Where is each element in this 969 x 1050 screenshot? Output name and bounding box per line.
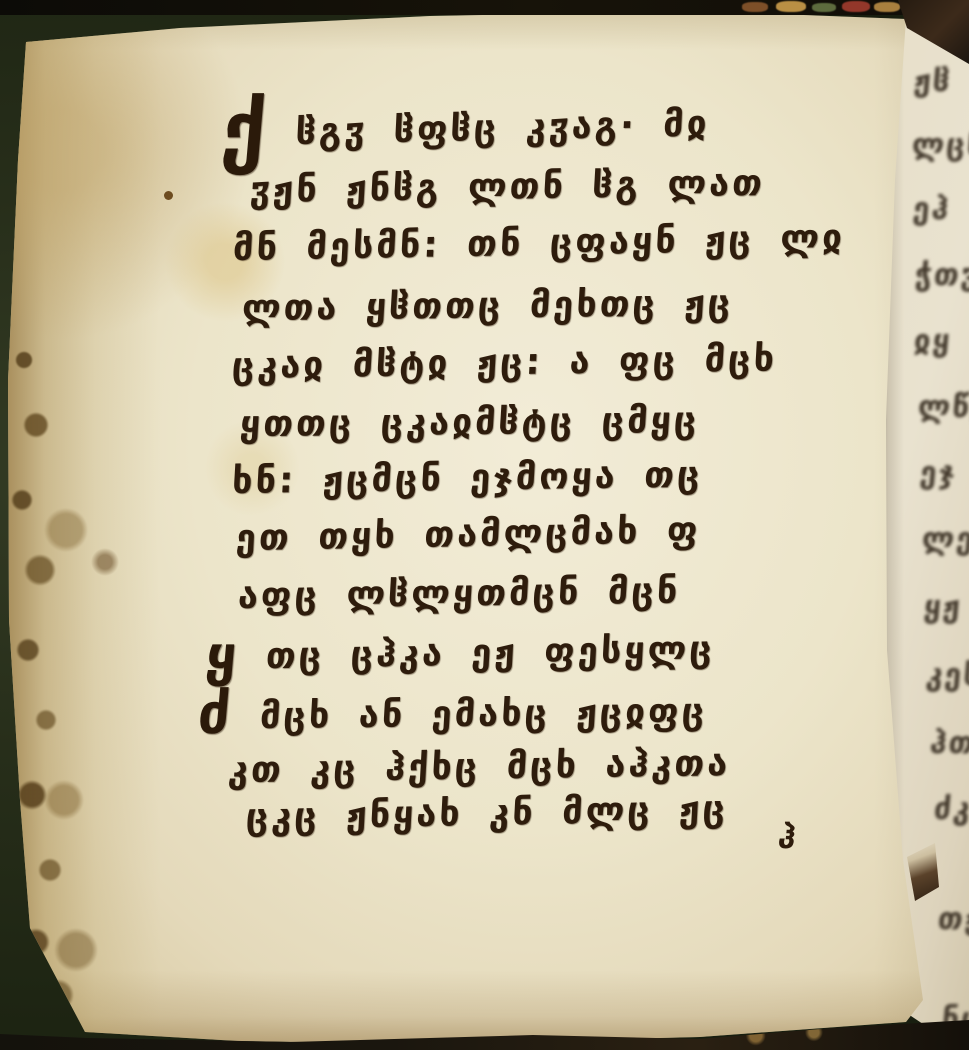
- adjacent-text-fragment: ჭთჳ: [913, 258, 969, 293]
- adjacent-text-fragment: ეჯ: [918, 456, 958, 491]
- adjacent-text-fragment: კეს: [924, 658, 969, 693]
- line-initial: ქ: [218, 86, 270, 176]
- manuscript-line: ხნ: ჟცმცნ ეჯმოყა თც: [231, 454, 704, 502]
- binding-fleck: [842, 1, 870, 12]
- edge-stain-speckles: [6, 330, 156, 1036]
- binding-fleck: [776, 1, 806, 12]
- adjacent-text-fragment: ყჟ: [922, 590, 963, 625]
- adjacent-text-fragment: თჟ: [936, 902, 969, 937]
- binding-fleck: [874, 2, 900, 12]
- binding-fleck: [742, 2, 768, 12]
- catchword-mark: ჰ: [776, 818, 798, 856]
- margin-dot: [164, 191, 173, 200]
- adjacent-text-fragment: ლცნ: [910, 128, 969, 163]
- adjacent-text-fragment: ჰთ: [928, 726, 969, 761]
- manuscript-line: აფც ლჱლყთმცნ მცნ: [237, 571, 682, 617]
- binding-fleck: [812, 3, 836, 12]
- adjacent-text-fragment: ჲყ: [912, 324, 953, 359]
- manuscript-line: ჳჟნ ჟნჱგ ლთნ ჱგ ლათ: [249, 163, 766, 211]
- manuscript-page: ქ ჱგჳ ჱფჱც კჳაგ· მჲ ჳჟნ ჟნჱგ ლთნ ჱგ ლათ …: [0, 0, 969, 1050]
- manuscript-photo: ჟჱ ლცნ ეჰ ჭთჳ ჲყ ლწე ეჯ ლეხ ყჟ კეს ჰთ ძკ…: [0, 0, 969, 1050]
- line-initial: ძ: [195, 682, 233, 747]
- manuscript-line: მნ მესმნ: თნ ცფაყნ ჟც ლჲ: [232, 217, 846, 269]
- adjacent-text-fragment: ეჰ: [911, 192, 951, 227]
- manuscript-line: ლთა ყჱთთც მეხთც ჟც: [241, 283, 735, 329]
- manuscript-line: ცკაჲ მჱტჲ ჟც: ა ფც მცხ: [231, 338, 778, 387]
- adjacent-text-fragment: ლეხ: [920, 522, 969, 557]
- adjacent-text-fragment: ჟჱ: [912, 64, 953, 99]
- manuscript-line: ყთთც ცკაჲმჱტც ცმყც: [239, 400, 701, 445]
- manuscript-line: მცხ ან ემახც ჟცჲფც: [259, 691, 709, 737]
- adjacent-text-fragment: ლწე: [916, 390, 969, 425]
- manuscript-line: თც ცჰკა ეჟ ფესყლც: [265, 629, 716, 677]
- manuscript-line: ცკც ჟნყახ კნ მლც ჟც: [245, 789, 729, 838]
- manuscript-line: კთ კც ჰქხც მცხ აჰკთა: [227, 743, 731, 791]
- line-initial: ყ: [203, 624, 239, 687]
- manuscript-line: ჱგჳ ჱფჱც კჳაგ· მჲ: [295, 103, 711, 153]
- manuscript-line: ეთ თყხ თამლცმახ ფ: [235, 510, 702, 559]
- adjacent-text-fragment: ძკა: [932, 792, 969, 827]
